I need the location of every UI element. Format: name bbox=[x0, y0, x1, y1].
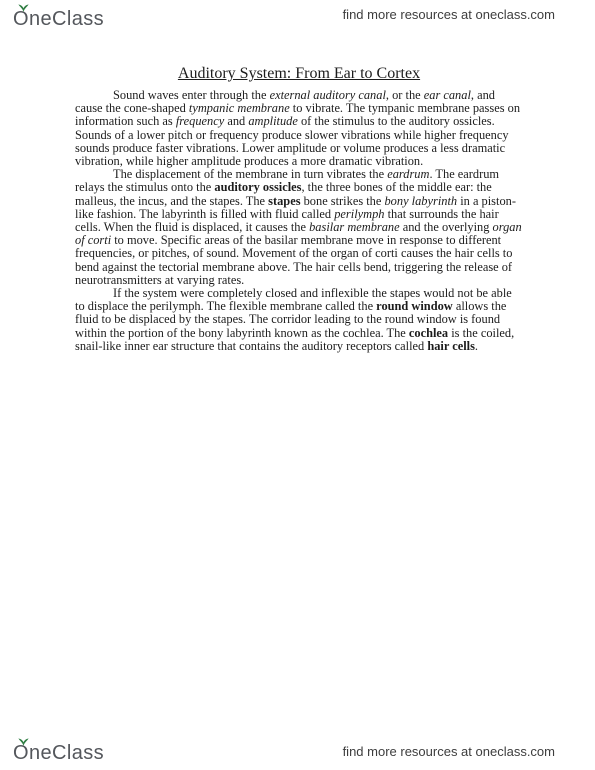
document-body: Auditory System: From Ear to Cortex Soun… bbox=[75, 64, 523, 353]
oneclass-logo-footer: OneClass bbox=[13, 739, 104, 767]
oneclass-logo: OneClass bbox=[13, 5, 104, 33]
body-paragraph-2: The displacement of the membrane in turn… bbox=[75, 168, 523, 287]
header-tagline-link[interactable]: find more resources at oneclass.com bbox=[343, 7, 555, 23]
leaf-icon bbox=[18, 738, 29, 746]
document-page: OneClass find more resources at oneclass… bbox=[0, 0, 595, 770]
logo-wrap: OneClass bbox=[13, 5, 104, 33]
body-paragraph-1: Sound waves enter through the external a… bbox=[75, 89, 523, 168]
footer-tagline-link[interactable]: find more resources at oneclass.com bbox=[343, 744, 555, 760]
logo-wrap-footer: OneClass bbox=[13, 739, 104, 767]
body-paragraph-3: If the system were completely closed and… bbox=[75, 287, 523, 353]
document-title: Auditory System: From Ear to Cortex bbox=[75, 64, 523, 84]
leaf-icon bbox=[18, 4, 29, 12]
